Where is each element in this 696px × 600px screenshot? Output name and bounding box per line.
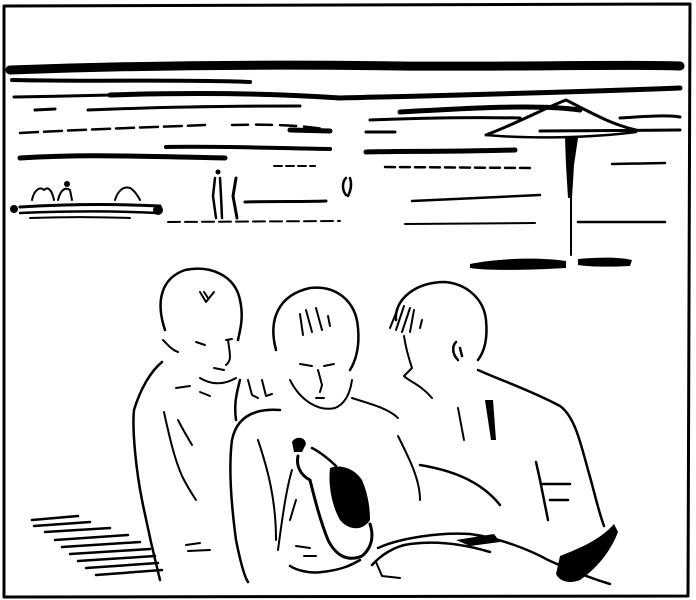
beach-illustration [0,0,696,600]
boy-right [372,282,618,584]
beach-umbrella [470,100,636,270]
boy-left [133,269,272,580]
standing-bathers [213,170,351,219]
raft-with-swimmers [10,181,163,218]
sea-waves [10,65,680,224]
bottle [292,438,372,559]
sand-shadow [32,516,162,575]
